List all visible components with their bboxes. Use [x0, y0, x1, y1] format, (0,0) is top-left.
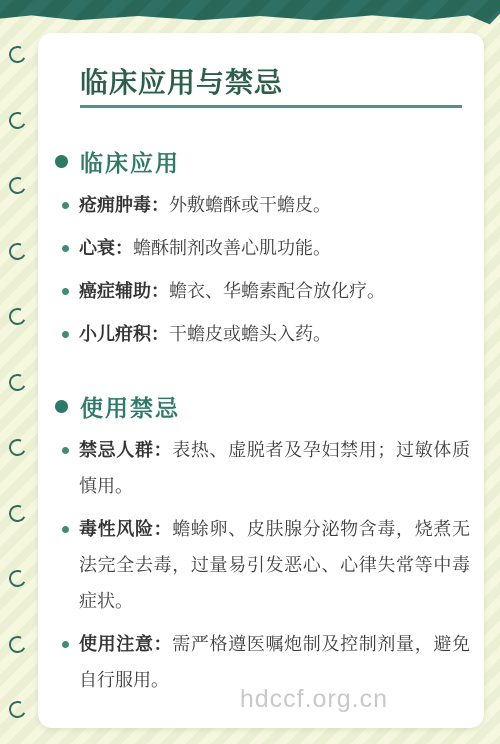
- list-item: 小儿疳积：干蟾皮或蟾头入药。: [60, 317, 470, 353]
- item-bullet-icon: [62, 641, 69, 648]
- binder-ring-icon: [7, 175, 28, 196]
- binder-ring-icon: [7, 699, 28, 720]
- binder-ring-icon: [7, 502, 28, 523]
- section-heading-label: 使用禁忌: [80, 390, 180, 423]
- list-item: 禁忌人群：表热、虚脱者及孕妇禁用；过敏体质慎用。: [60, 433, 470, 505]
- section-clinical-application: 临床应用 疮痈肿毒：外敷蟾酥或干蟾皮。 心衰：蟾酥制剂改善心肌功能。 癌症辅助：…: [80, 146, 470, 353]
- item-label: 疮痈肿毒：: [79, 195, 169, 216]
- section-item-list: 禁忌人群：表热、虚脱者及孕妇禁用；过敏体质慎用。 毒性风险：蟾蜍卵、皮肤腺分泌物…: [60, 433, 470, 699]
- infographic-card-page: 临床应用与禁忌 临床应用 疮痈肿毒：外敷蟾酥或干蟾皮。 心衰：蟾酥制剂改善心肌功…: [0, 0, 500, 744]
- item-label: 癌症辅助：: [79, 281, 169, 302]
- item-bullet-icon: [62, 245, 69, 252]
- page-title: 临床应用与禁忌: [80, 66, 470, 100]
- binder-ring-icon: [7, 109, 28, 130]
- list-item: 心衰：蟾酥制剂改善心肌功能。: [60, 231, 470, 267]
- item-text: 小儿疳积：干蟾皮或蟾头入药。: [79, 317, 470, 353]
- section-heading: 临床应用: [55, 146, 470, 176]
- item-bullet-icon: [62, 331, 69, 338]
- item-body: 外敷蟾酥或干蟾皮。: [169, 195, 331, 216]
- item-text: 癌症辅助：蟾衣、华蟾素配合放化疗。: [79, 274, 470, 310]
- item-bullet-icon: [62, 447, 69, 454]
- section-item-list: 疮痈肿毒：外敷蟾酥或干蟾皮。 心衰：蟾酥制剂改善心肌功能。 癌症辅助：蟾衣、华蟾…: [60, 188, 470, 353]
- title-underline: [80, 105, 462, 108]
- item-bullet-icon: [62, 288, 69, 295]
- binder-ring-column: [9, 46, 27, 718]
- item-text: 疮痈肿毒：外敷蟾酥或干蟾皮。: [79, 188, 470, 224]
- top-ribbon-banner: [0, 0, 500, 28]
- binder-ring-icon: [7, 568, 28, 589]
- item-body: 蟾衣、华蟾素配合放化疗。: [169, 281, 385, 302]
- binder-ring-icon: [7, 437, 28, 458]
- item-bullet-icon: [62, 202, 69, 209]
- section-bullet-icon: [55, 155, 68, 168]
- binder-ring-icon: [7, 240, 28, 261]
- item-label: 心衰：: [79, 238, 133, 259]
- binder-ring-icon: [7, 633, 28, 654]
- item-body: 蟾酥制剂改善心肌功能。: [133, 238, 331, 259]
- item-label: 毒性风险：: [79, 519, 172, 540]
- binder-ring-icon: [7, 44, 28, 65]
- item-text: 禁忌人群：表热、虚脱者及孕妇禁用；过敏体质慎用。: [79, 433, 470, 505]
- item-label: 小儿疳积：: [79, 324, 169, 345]
- item-label: 禁忌人群：: [79, 440, 172, 461]
- section-bullet-icon: [55, 400, 68, 413]
- list-item: 癌症辅助：蟾衣、华蟾素配合放化疗。: [60, 274, 470, 310]
- item-label: 使用注意：: [79, 634, 172, 655]
- item-body: 干蟾皮或蟾头入药。: [169, 324, 331, 345]
- binder-ring-icon: [7, 306, 28, 327]
- list-item: 疮痈肿毒：外敷蟾酥或干蟾皮。: [60, 188, 470, 224]
- item-bullet-icon: [62, 526, 69, 533]
- watermark-text: hdccf.org.cn: [240, 685, 388, 714]
- item-text: 毒性风险：蟾蜍卵、皮肤腺分泌物含毒，烧煮无法完全去毒，过量易引发恶心、心律失常等…: [79, 512, 470, 620]
- binder-ring-icon: [7, 371, 28, 392]
- section-heading: 使用禁忌: [55, 391, 470, 421]
- list-item: 毒性风险：蟾蜍卵、皮肤腺分泌物含毒，烧煮无法完全去毒，过量易引发恶心、心律失常等…: [60, 512, 470, 620]
- item-text: 心衰：蟾酥制剂改善心肌功能。: [79, 231, 470, 267]
- section-heading-label: 临床应用: [80, 145, 180, 178]
- content-card: 临床应用与禁忌 临床应用 疮痈肿毒：外敷蟾酥或干蟾皮。 心衰：蟾酥制剂改善心肌功…: [38, 33, 484, 728]
- section-contraindications: 使用禁忌 禁忌人群：表热、虚脱者及孕妇禁用；过敏体质慎用。 毒性风险：蟾蜍卵、皮…: [80, 391, 470, 699]
